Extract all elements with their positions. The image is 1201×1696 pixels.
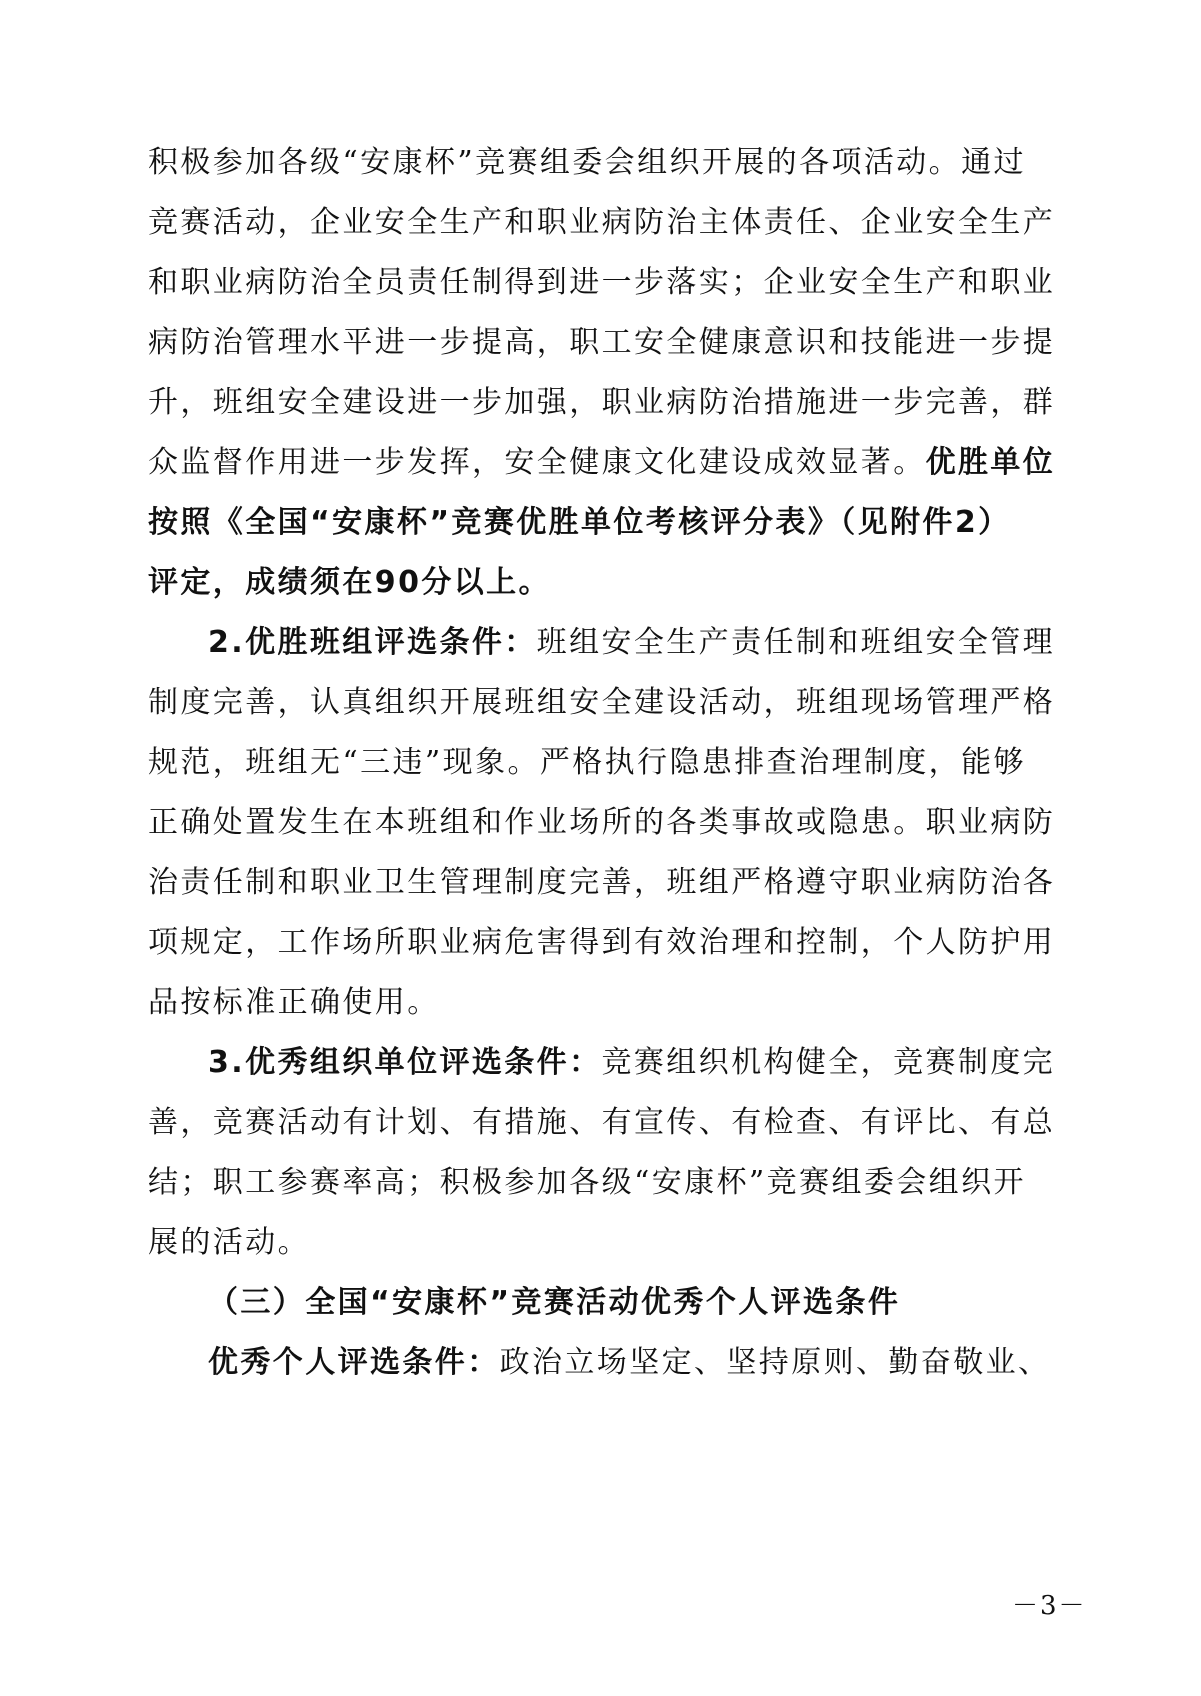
text-segment: 班组安全生产责任制和班组安全管理: [537, 625, 1055, 660]
text-segment: 升，班组安全建设进一步加强，职业病防治措施进一步完善，群: [148, 385, 1055, 420]
text-line: （三）全国“安康杯”竞赛活动优秀个人评选条件: [208, 1283, 1108, 1323]
bold-text: 优秀个人评选条件：: [208, 1345, 500, 1380]
text-line: 积极参加各级“安康杯”竞赛组委会组织开展的各项活动。通过: [148, 143, 1048, 183]
text-line: 升，班组安全建设进一步加强，职业病防治措施进一步完善，群: [148, 383, 1048, 423]
bold-text: 评定，成绩须在90分以上。: [148, 565, 551, 600]
text-line: 2.优胜班组评选条件：班组安全生产责任制和班组安全管理: [208, 623, 1108, 663]
text-line: 治责任制和职业卫生管理制度完善，班组严格遵守职业病防治各: [148, 863, 1048, 903]
bold-text: 3.优秀组织单位评选条件：: [208, 1045, 601, 1080]
document-page: 积极参加各级“安康杯”竞赛组委会组织开展的各项活动。通过竞赛活动，企业安全生产和…: [0, 0, 1201, 1696]
text-segment: 众监督作用进一步发挥，安全健康文化建设成效显著。: [148, 445, 926, 480]
text-segment: 积极参加各级“安康杯”竞赛组委会组织开展的各项活动。通过: [148, 145, 1026, 180]
text-line: 善，竞赛活动有计划、有措施、有宣传、有检查、有评比、有总: [148, 1103, 1048, 1143]
text-line: 制度完善，认真组织开展班组安全建设活动，班组现场管理严格: [148, 683, 1048, 723]
text-segment: 品按标准正确使用。: [148, 985, 440, 1020]
text-line: 结；职工参赛率高；积极参加各级“安康杯”竞赛组委会组织开: [148, 1163, 1048, 1203]
bold-text: 2.优胜班组评选条件：: [208, 625, 537, 660]
text-line: 按照《全国“安康杯”竞赛优胜单位考核评分表》（见附件2）: [148, 503, 1048, 543]
text-line: 展的活动。: [148, 1223, 1048, 1263]
bold-text: 优胜单位: [926, 445, 1056, 480]
text-segment: 治责任制和职业卫生管理制度完善，班组严格遵守职业病防治各: [148, 865, 1055, 900]
text-line: 3.优秀组织单位评选条件：竞赛组织机构健全，竞赛制度完: [208, 1043, 1108, 1083]
text-segment: 项规定，工作场所职业病危害得到有效治理和控制，个人防护用: [148, 925, 1055, 960]
text-line: 正确处置发生在本班组和作业场所的各类事故或隐患。职业病防: [148, 803, 1048, 843]
text-line: 病防治管理水平进一步提高，职工安全健康意识和技能进一步提: [148, 323, 1048, 363]
text-line: 项规定，工作场所职业病危害得到有效治理和控制，个人防护用: [148, 923, 1048, 963]
text-segment: 结；职工参赛率高；积极参加各级“安康杯”竞赛组委会组织开: [148, 1165, 1026, 1200]
text-segment: 竞赛活动，企业安全生产和职业病防治主体责任、企业安全生产: [148, 205, 1055, 240]
text-line: 和职业病防治全员责任制得到进一步落实；企业安全生产和职业: [148, 263, 1048, 303]
text-segment: 政治立场坚定、坚持原则、勤奋敬业、: [500, 1345, 1051, 1380]
text-segment: 制度完善，认真组织开展班组安全建设活动，班组现场管理严格: [148, 685, 1055, 720]
text-segment: 规范，班组无“三违”现象。严格执行隐患排查治理制度，能够: [148, 745, 1026, 780]
text-line: 竞赛活动，企业安全生产和职业病防治主体责任、企业安全生产: [148, 203, 1048, 243]
text-segment: 竞赛组织机构健全，竞赛制度完: [601, 1045, 1055, 1080]
text-segment: 善，竞赛活动有计划、有措施、有宣传、有检查、有评比、有总: [148, 1105, 1055, 1140]
text-segment: 展的活动。: [148, 1225, 310, 1260]
text-line: 规范，班组无“三违”现象。严格执行隐患排查治理制度，能够: [148, 743, 1048, 783]
text-segment: 和职业病防治全员责任制得到进一步落实；企业安全生产和职业: [148, 265, 1055, 300]
text-segment: 正确处置发生在本班组和作业场所的各类事故或隐患。职业病防: [148, 805, 1055, 840]
text-line: 众监督作用进一步发挥，安全健康文化建设成效显著。优胜单位: [148, 443, 1048, 483]
page-number: －3－: [1012, 1585, 1087, 1622]
text-line: 评定，成绩须在90分以上。: [148, 563, 1048, 603]
text-line: 优秀个人评选条件：政治立场坚定、坚持原则、勤奋敬业、: [208, 1343, 1108, 1383]
bold-text: （三）全国“安康杯”竞赛活动优秀个人评选条件: [208, 1285, 900, 1320]
text-segment: 病防治管理水平进一步提高，职工安全健康意识和技能进一步提: [148, 325, 1055, 360]
text-line: 品按标准正确使用。: [148, 983, 1048, 1023]
bold-text: 按照《全国“安康杯”竞赛优胜单位考核评分表》（见附件2）: [148, 505, 1011, 540]
